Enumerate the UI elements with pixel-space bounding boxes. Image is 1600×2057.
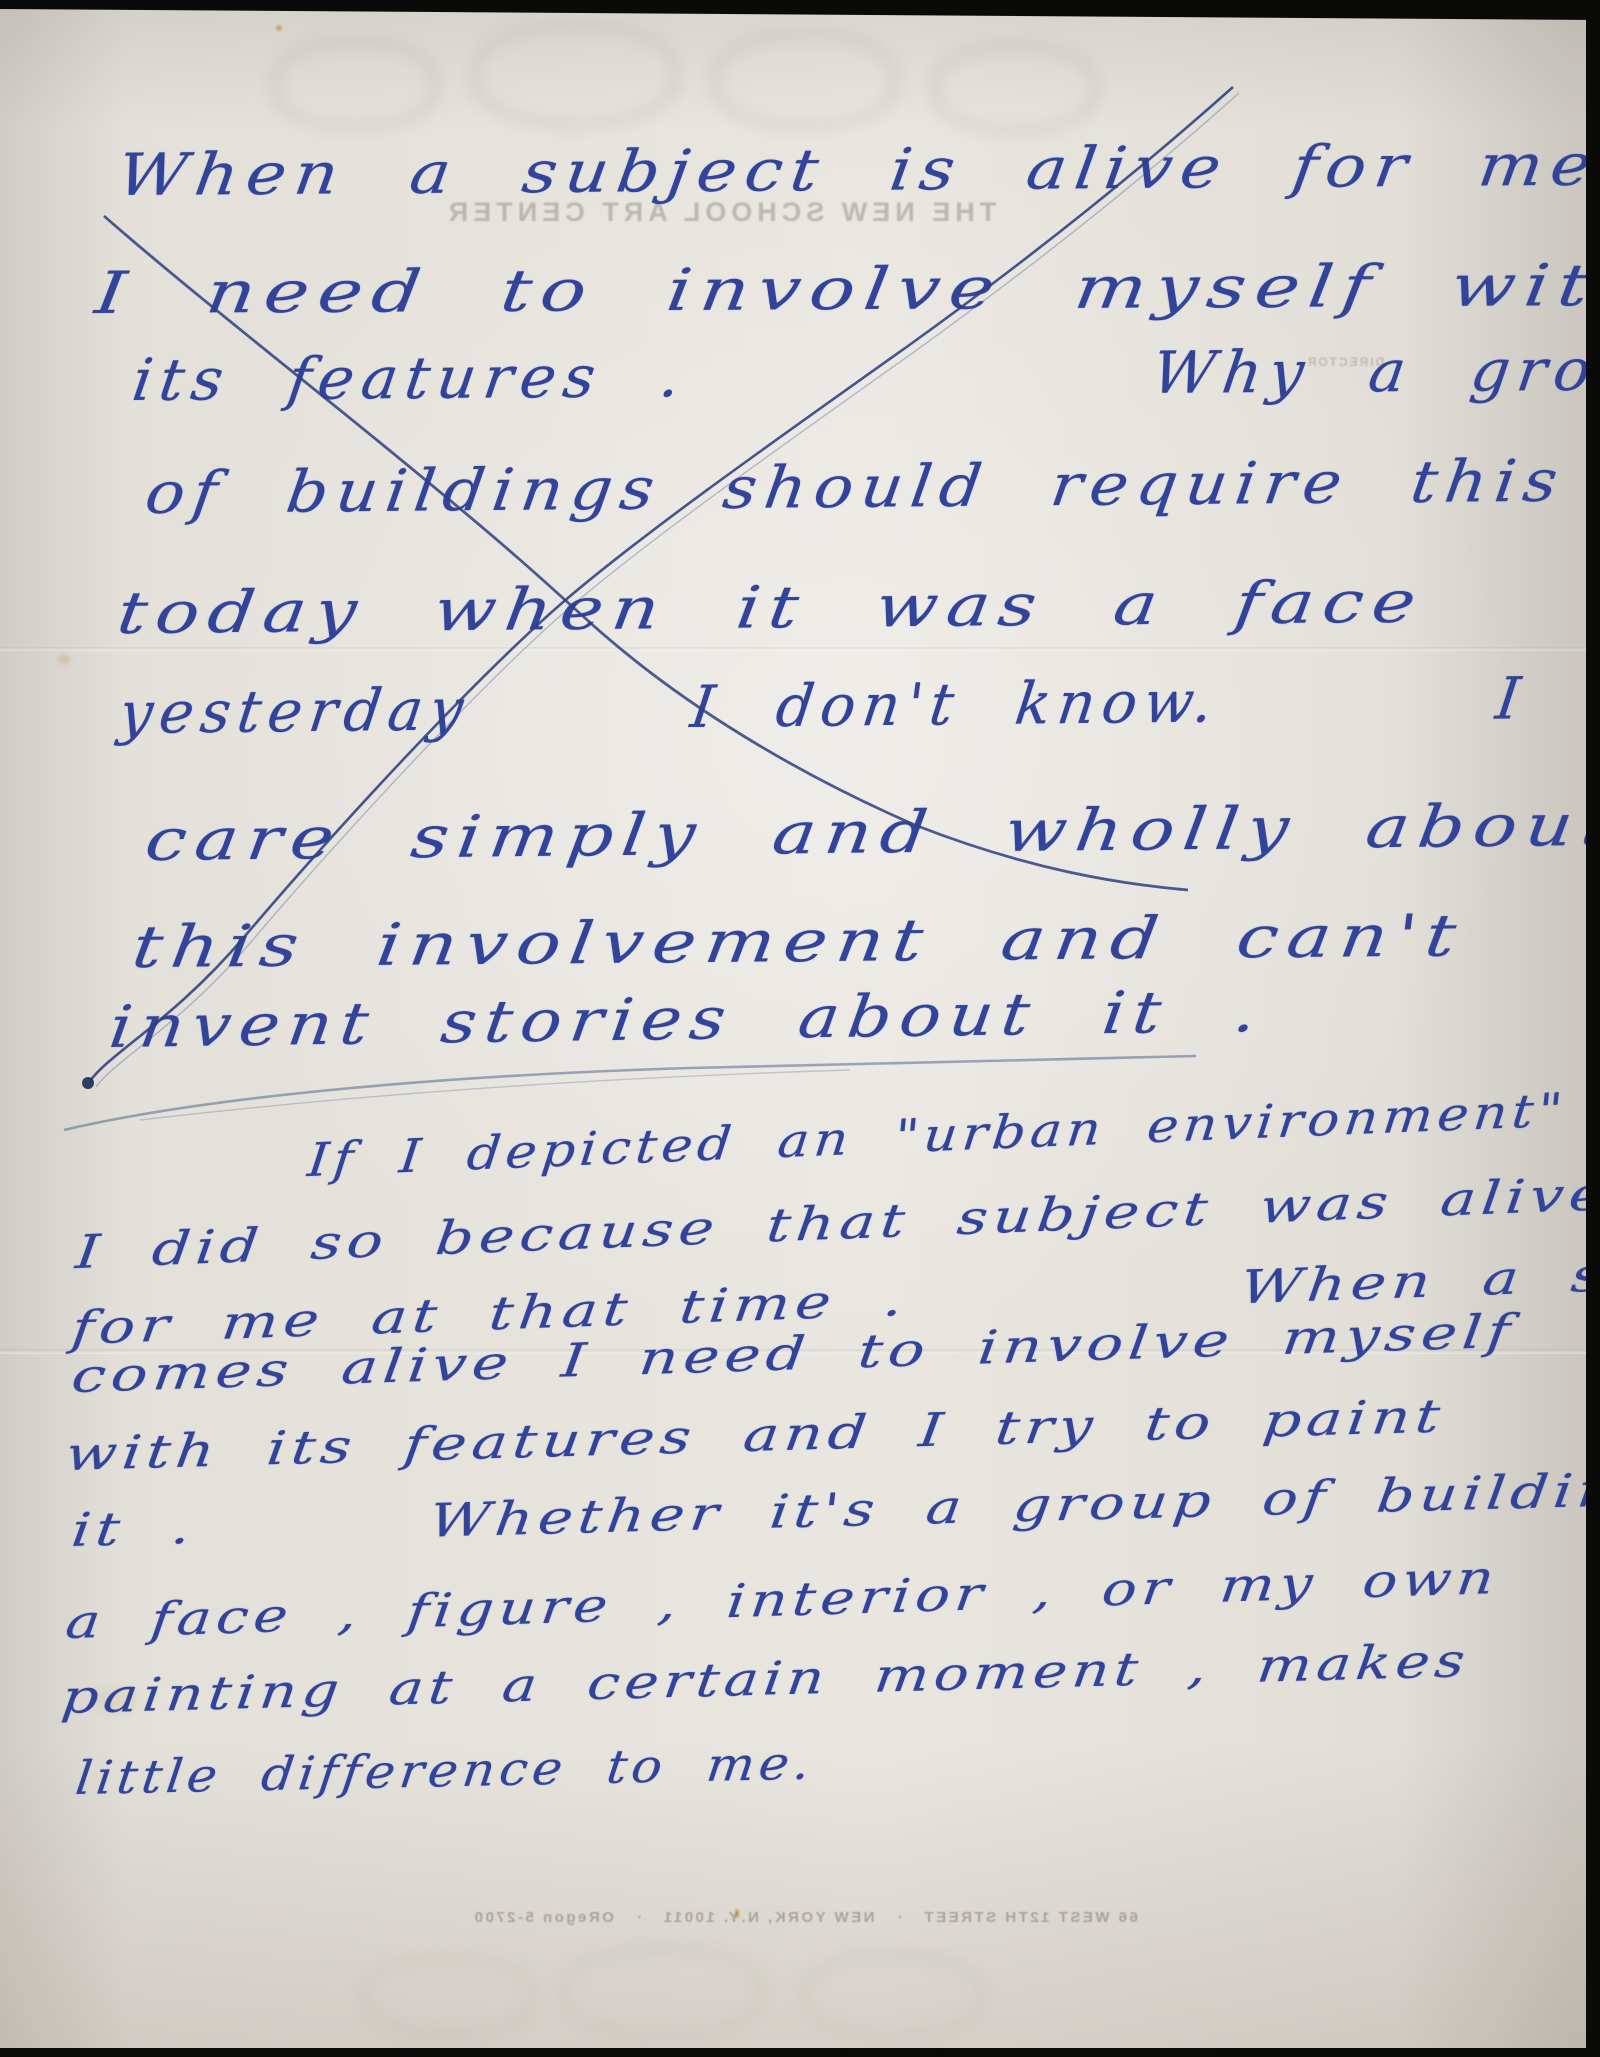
ink-lines-overlay <box>0 7 1587 2048</box>
paper-sheet: THE NEW SCHOOL ART CENTER DIRECTOR When … <box>0 7 1587 2048</box>
bleedthrough-address: 66 WEST 12TH STREET · NEW YORK, N.Y. 100… <box>330 1909 1280 1926</box>
ghost-blob <box>560 1945 766 2039</box>
strikethrough-line-ne-sw-twin <box>96 93 1239 1087</box>
ghost-blob <box>800 1951 986 2039</box>
separator-line <box>64 1056 1196 1130</box>
ghost-blob <box>360 1955 536 2037</box>
scan-border-right <box>1586 0 1600 2057</box>
ink-end-blob <box>82 1077 94 1089</box>
scanned-letter: THE NEW SCHOOL ART CENTER DIRECTOR When … <box>0 0 1600 2057</box>
strikethrough-line-nw-se <box>104 216 1188 890</box>
strikethrough-line-ne-sw <box>90 87 1233 1081</box>
